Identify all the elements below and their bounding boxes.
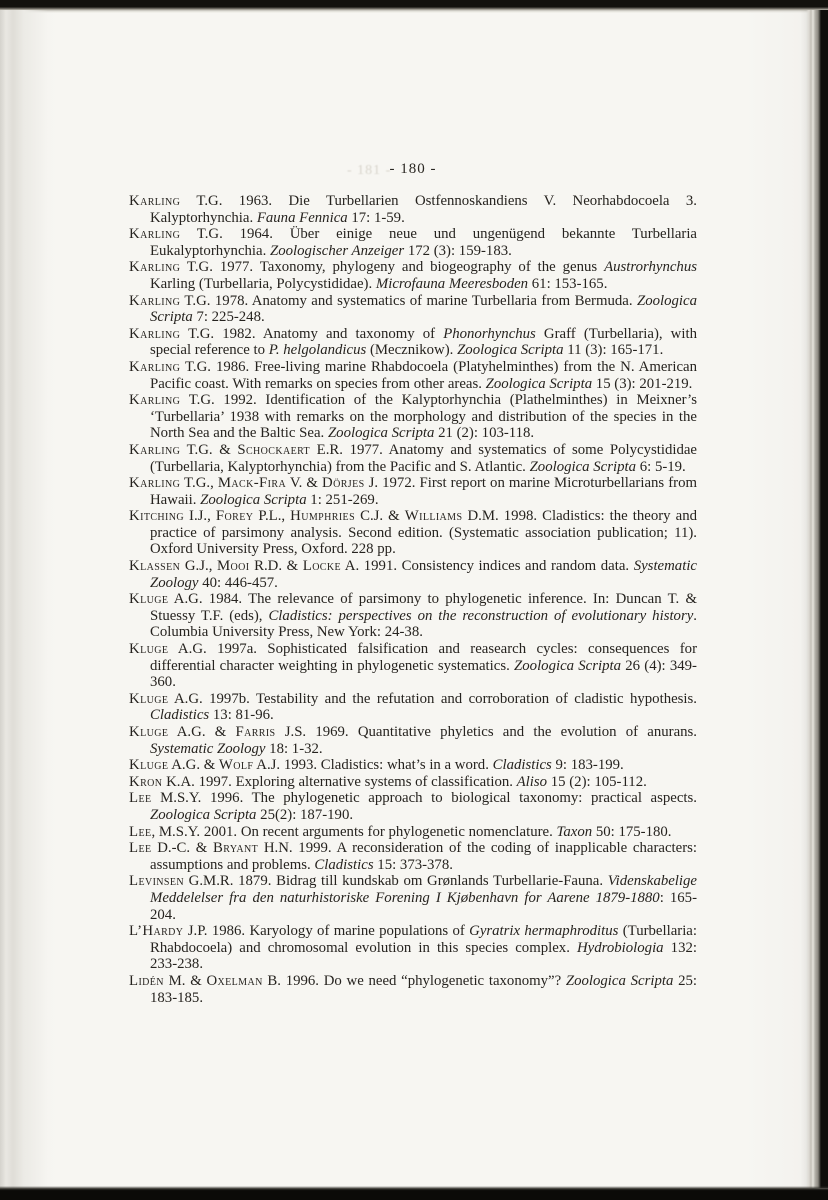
italic-title-segment: Cladistics xyxy=(493,757,552,773)
reference-entry: L’Hardy J.P. 1986. Karyology of marine p… xyxy=(129,923,697,973)
reference-text-segment: , M.S.Y. 2001. On recent arguments for p… xyxy=(151,824,556,840)
reference-text-segment: 50: 175-180. xyxy=(592,824,671,840)
author-name: Forey xyxy=(216,508,253,524)
reference-entry: Karling T.G. 1992. Identification of the… xyxy=(129,392,697,442)
reference-text-segment: T.G. & xyxy=(180,442,237,458)
italic-title-segment: Zoologischer Anzeiger xyxy=(270,243,404,259)
reference-text-segment: 15: 373-378. xyxy=(374,857,453,873)
author-name: Kluge xyxy=(129,757,168,773)
reference-text-segment: (Mecznikow). xyxy=(366,342,457,358)
reference-entry: Lee M.S.Y. 1996. The phylogenetic approa… xyxy=(129,790,697,823)
italic-title-segment: Cladistics: perspectives on the reconstr… xyxy=(268,608,693,624)
reference-text-segment: T.G. 1963. Die Turbellarien Ostfennoskan… xyxy=(150,193,697,226)
page-header: - 181 - - 180 - xyxy=(129,161,697,181)
author-name: Levinsen xyxy=(129,873,184,889)
author-name: Kron xyxy=(129,774,162,790)
author-name: Bryant xyxy=(213,840,258,856)
author-name: Karling xyxy=(129,475,180,491)
reference-text-segment: A.G. & xyxy=(168,724,235,740)
author-name: Karling xyxy=(129,193,180,209)
reference-entry: Karling T.G. 1963. Die Turbellarien Ostf… xyxy=(129,193,697,226)
reference-text-segment: 7: 225-248. xyxy=(193,309,265,325)
italic-title-segment: Hydrobiologia xyxy=(577,940,664,956)
reference-text-segment: Karling (Turbellaria, Polycystididae). xyxy=(150,276,376,292)
reference-text-segment: T.G. 1982. Anatomy and taxonomy of xyxy=(180,326,443,342)
author-name: Dörjes xyxy=(322,475,365,491)
reference-entry: Karling T.G. 1982. Anatomy and taxonomy … xyxy=(129,326,697,359)
page-number: - 180 - xyxy=(129,161,697,178)
author-name: Lee xyxy=(129,790,151,806)
reference-entry: Karling T.G., Mack-Fira V. & Dörjes J. 1… xyxy=(129,475,697,508)
italic-title-segment: Zoologica Scripta xyxy=(200,492,306,508)
author-name: Karling xyxy=(129,359,180,375)
reference-entry: Kluge A.G. 1984. The relevance of parsim… xyxy=(129,591,697,641)
author-name: Kluge xyxy=(129,591,168,607)
reference-text-segment: I.J., xyxy=(184,508,216,524)
reference-text-segment: A.G. & xyxy=(168,757,219,773)
reference-text-segment: M.S.Y. 1996. The phylogenetic approach t… xyxy=(151,790,697,806)
reference-text-segment: A. 1991. Consistency indices and random … xyxy=(341,558,634,574)
reference-text-segment: 15 (3): 201-219. xyxy=(592,376,692,392)
author-name: Kitching xyxy=(129,508,184,524)
reference-text-segment: D.-C. & xyxy=(151,840,213,856)
author-name: Mack-Fira xyxy=(218,475,286,491)
reference-text-segment: R.D. & xyxy=(250,558,303,574)
author-name: Schockaert xyxy=(237,442,310,458)
reference-entry: Karling T.G. 1986. Free-living marine Rh… xyxy=(129,359,697,392)
reference-text-segment: P.L., xyxy=(253,508,290,524)
italic-title-segment: Gyratrix hermaphroditus xyxy=(469,923,618,939)
italic-title-segment: Zoologica Scripta xyxy=(530,459,636,475)
reference-text-segment: B. 1996. Do we need “phylogenetic taxono… xyxy=(263,973,566,989)
reference-text-segment: 13: 81-96. xyxy=(209,707,274,723)
reference-text-segment: G.M.R. 1879. Bidrag till kundskab om Grø… xyxy=(184,873,608,889)
reference-text-segment: G.J., xyxy=(180,558,217,574)
author-name: Lee xyxy=(129,840,151,856)
author-name: Williams xyxy=(405,508,463,524)
author-name: Karling xyxy=(129,226,180,242)
reference-entry: Kron K.A. 1997. Exploring alternative sy… xyxy=(129,774,697,791)
reference-text-segment: 25(2): 187-190. xyxy=(256,807,353,823)
italic-title-segment: Zoologica Scripta xyxy=(486,376,592,392)
reference-entry: Lee, M.S.Y. 2001. On recent arguments fo… xyxy=(129,824,697,841)
reference-text-segment: J.P. 1986. Karyology of marine populatio… xyxy=(183,923,469,939)
reference-text-segment: J.S. 1969. Quantitative phyletics and th… xyxy=(276,724,697,740)
italic-title-segment: Fauna Fennica xyxy=(257,210,348,226)
author-name: Karling xyxy=(129,293,180,309)
reference-text-segment: T.G. 1978. Anatomy and systematics of ma… xyxy=(180,293,637,309)
author-name: Wolf xyxy=(219,757,253,773)
reference-entry: Kluge A.G. 1997b. Testability and the re… xyxy=(129,691,697,724)
reference-entry: Karling T.G. 1978. Anatomy and systemati… xyxy=(129,293,697,326)
scanned-page: - 181 - - 180 - Karling T.G. 1963. Die T… xyxy=(0,0,828,1200)
italic-title-segment: Cladistics xyxy=(314,857,373,873)
author-name: L’Hardy xyxy=(129,923,183,939)
author-name: Lee xyxy=(129,824,151,840)
reference-text-segment: 172 (3): 159-183. xyxy=(404,243,512,259)
reference-text-segment: M. & xyxy=(164,973,207,989)
reference-text-segment: 61: 153-165. xyxy=(528,276,607,292)
reference-entry: Kluge A.G. & Farris J.S. 1969. Quantitat… xyxy=(129,724,697,757)
reference-text-segment: 18: 1-32. xyxy=(265,741,322,757)
reference-text-segment: 21 (2): 103-118. xyxy=(434,425,534,441)
reference-text-segment: C.J. & xyxy=(355,508,405,524)
bleed-through-page-number: - 181 - xyxy=(347,163,391,179)
italic-title-segment: Zoologica Scripta xyxy=(566,973,673,989)
reference-entry: Levinsen G.M.R. 1879. Bidrag till kundsk… xyxy=(129,873,697,923)
author-name: Karling xyxy=(129,392,180,408)
italic-title-segment: Austrorhynchus xyxy=(604,259,697,275)
italic-title-segment: Zoologica Scripta xyxy=(514,658,621,674)
reference-entry: Lee D.-C. & Bryant H.N. 1999. A reconsid… xyxy=(129,840,697,873)
reference-entry: Karling T.G. & Schockaert E.R. 1977. Ana… xyxy=(129,442,697,475)
author-name: Kluge xyxy=(129,641,168,657)
reference-text-segment: T.G. 1977. Taxonomy, phylogeny and bioge… xyxy=(180,259,604,275)
author-name: Karling xyxy=(129,442,180,458)
author-name: Farris xyxy=(235,724,275,740)
reference-list: Karling T.G. 1963. Die Turbellarien Ostf… xyxy=(129,193,697,1006)
reference-entry: Kluge A.G. & Wolf A.J. 1993. Cladistics:… xyxy=(129,757,697,774)
reference-text-segment: 40: 446-457. xyxy=(199,575,278,591)
italic-title-segment: Microfauna Meeresboden xyxy=(376,276,528,292)
author-name: Karling xyxy=(129,259,180,275)
reference-text-segment: 15 (2): 105-112. xyxy=(547,774,647,790)
author-name: Klassen xyxy=(129,558,180,574)
reference-entry: Klassen G.J., Mooi R.D. & Locke A. 1991.… xyxy=(129,558,697,591)
author-name: Lidén xyxy=(129,973,164,989)
reference-text-segment: A.J. 1993. Cladistics: what’s in a word. xyxy=(253,757,492,773)
reference-text-segment: 17: 1-59. xyxy=(348,210,405,226)
author-name: Locke xyxy=(303,558,341,574)
author-name: Kluge xyxy=(129,724,168,740)
italic-title-segment: Taxon xyxy=(557,824,593,840)
author-name: Mooi xyxy=(217,558,250,574)
italic-title-segment: Aliso xyxy=(517,774,547,790)
author-name: Kluge xyxy=(129,691,168,707)
book-spine-shadow xyxy=(0,10,48,1188)
reference-entry: Lidén M. & Oxelman B. 1996. Do we need “… xyxy=(129,973,697,1006)
reference-entry: Karling T.G. 1977. Taxonomy, phylogeny a… xyxy=(129,259,697,292)
reference-text-segment: A.G. 1997b. Testability and the refutati… xyxy=(168,691,697,707)
reference-entry: Karling T.G. 1964. Über einige neue und … xyxy=(129,226,697,259)
reference-text-segment: 11 (3): 165-171. xyxy=(564,342,664,358)
italic-title-segment: Phonorhynchus xyxy=(443,326,536,342)
reference-text-segment: T.G., xyxy=(180,475,218,491)
italic-title-segment: Cladistics xyxy=(150,707,209,723)
italic-title-segment: Zoologica Scripta xyxy=(328,425,434,441)
italic-title-segment: Zoologica Scripta xyxy=(457,342,563,358)
reference-entry: Kitching I.J., Forey P.L., Humphries C.J… xyxy=(129,508,697,558)
page-content: - 181 - - 180 - Karling T.G. 1963. Die T… xyxy=(129,0,697,1200)
reference-text-segment: 9: 183-199. xyxy=(552,757,624,773)
reference-entry: Kluge A.G. 1997a. Sophisticated falsific… xyxy=(129,641,697,691)
author-name: Humphries xyxy=(290,508,355,524)
reference-text-segment: V. & xyxy=(286,475,322,491)
author-name: Karling xyxy=(129,326,180,342)
italic-title-segment: P. helgolandicus xyxy=(269,342,367,358)
italic-title-segment: Systematic Zoology xyxy=(150,741,265,757)
italic-title-segment: Zoologica Scripta xyxy=(150,807,256,823)
author-name: Oxelman xyxy=(206,973,262,989)
reference-text-segment: K.A. 1997. Exploring alternative systems… xyxy=(162,774,516,790)
page-edge-right xyxy=(800,10,828,1188)
reference-text-segment: 6: 5-19. xyxy=(636,459,686,475)
reference-text-segment: 1: 251-269. xyxy=(307,492,379,508)
